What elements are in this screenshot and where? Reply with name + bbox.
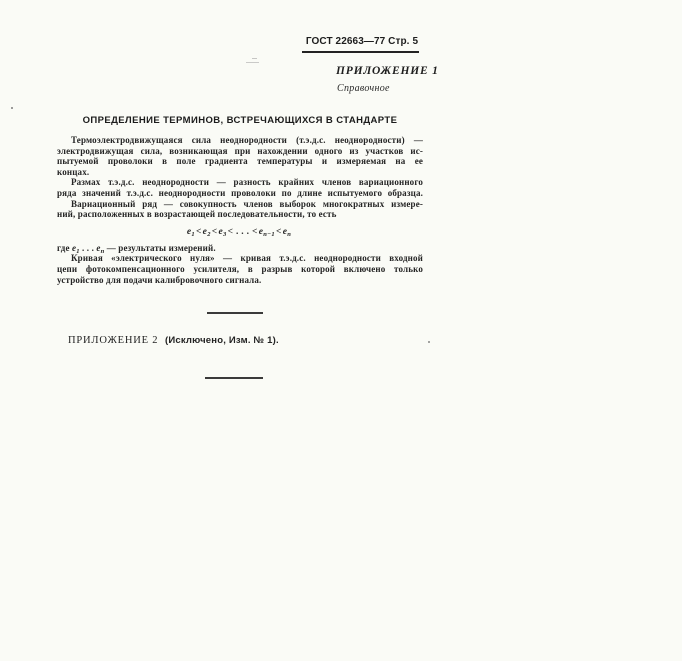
formula-term: e1<	[187, 227, 203, 237]
header-underline	[302, 51, 419, 53]
paragraph-line: Кривая «электрического нуля» — кривая т.…	[57, 253, 423, 264]
formula-term: en	[283, 227, 293, 237]
paragraph-variacionnyj: Вариационный ряд — совокупность членов в…	[57, 199, 423, 220]
appendix-2-label: ПРИЛОЖЕНИЕ 2	[68, 335, 158, 346]
scan-speck	[11, 107, 13, 109]
document-page: ГОСТ 22663—77 Стр. 5 ПРИЛОЖЕНИЕ 1 Справо…	[0, 0, 682, 661]
separator-rule-bottom	[205, 377, 263, 379]
paragraph-line: пытуемой проволоки в поле градиента темп…	[57, 156, 423, 167]
section-heading: ОПРЕДЕЛЕНИЕ ТЕРМИНОВ, ВСТРЕЧАЮЩИХСЯ В СТ…	[57, 115, 423, 126]
page-header: ГОСТ 22663—77 Стр. 5	[302, 36, 422, 47]
paragraph-line: ряда значений т.э.д.с. неоднородности пр…	[57, 188, 423, 199]
paragraph-line: Термоэлектродвижущаяся сила неоднороднос…	[57, 135, 423, 146]
formula-variational-series: e1<e2<e3< . . . <en−1<en	[57, 226, 423, 238]
scan-speck	[428, 341, 430, 343]
paragraph-line: Вариационный ряд — совокупность членов в…	[57, 199, 423, 210]
appendix-2-note: (Исключено, Изм. № 1).	[165, 335, 279, 346]
paragraph-line: ний, расположенных в возрастающей послед…	[57, 209, 423, 220]
formula-term: en−1<	[259, 227, 283, 237]
paragraph-line: цепи фотокомпенсационного усилителя, в р…	[57, 264, 423, 275]
paragraph-krivaya: Кривая «электрического нуля» — кривая т.…	[57, 253, 423, 285]
appendix-1-title: ПРИЛОЖЕНИЕ 1	[336, 65, 439, 77]
paragraph-line: электродвижущая сила, возникающая при на…	[57, 146, 423, 157]
body-text-column: Термоэлектродвижущаяся сила неоднороднос…	[57, 135, 423, 285]
scan-smudge	[246, 62, 259, 63]
formula-term: e2<	[203, 227, 219, 237]
paragraph-line: Размах т.э.д.с. неоднородности — разност…	[57, 177, 423, 188]
appendix-2-line: ПРИЛОЖЕНИЕ 2 (Исключено, Изм. № 1).	[68, 335, 279, 346]
appendix-1-subtitle: Справочное	[337, 83, 390, 94]
paragraph-line: концах.	[57, 167, 423, 178]
paragraph-teds: Термоэлектродвижущаяся сила неоднороднос…	[57, 135, 423, 177]
separator-rule-top	[207, 312, 263, 314]
paragraph-line: устройство для подачи калибровочного сиг…	[57, 275, 423, 286]
formula-term: e3< . . . <	[218, 227, 258, 237]
where-definition-line: где e1 . . . en — результаты измерений.	[57, 243, 423, 254]
paragraph-razmah: Размах т.э.д.с. неоднородности — разност…	[57, 177, 423, 198]
scan-smudge	[252, 58, 257, 59]
